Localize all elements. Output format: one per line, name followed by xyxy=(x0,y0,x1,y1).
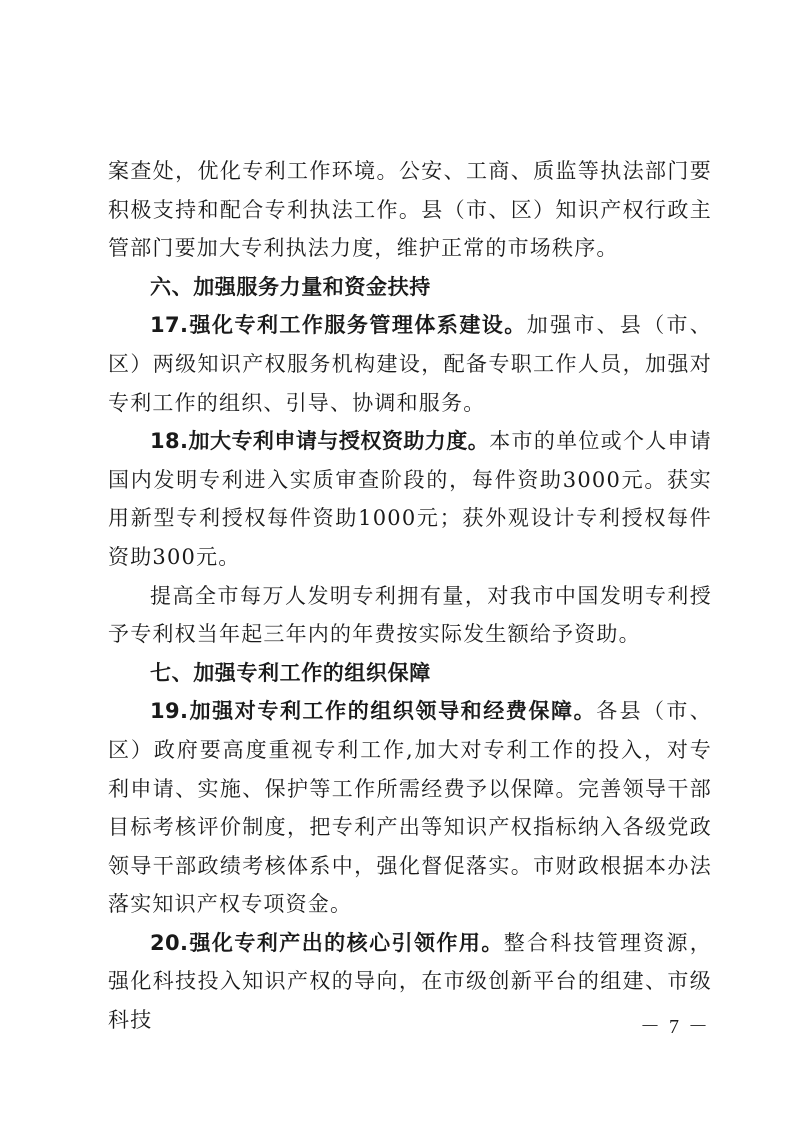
item-19-paragraph: 19.加强对专利工作的组织领导和经费保障。各县（市、区）政府要高度重视专利工作,… xyxy=(108,692,712,924)
item-20-paragraph: 20.强化专利产出的核心引领作用。整合科技管理资源， 强化科技投入知识产权的导向… xyxy=(108,924,712,1040)
item-19-lead: 19.加强对专利工作的组织领导和经费保障。 xyxy=(150,699,596,723)
section-heading-6: 六、加强服务力量和资金扶持 xyxy=(108,268,712,307)
item-18-lead: 18.加大专利申请与授权资助力度。 xyxy=(150,429,489,453)
document-page: 案查处，优化专利工作环境。公安、工商、质监等执法部门要积极支持和配合专利执法工作… xyxy=(108,152,712,1040)
continuation-paragraph: 案查处，优化专利工作环境。公安、工商、质监等执法部门要积极支持和配合专利执法工作… xyxy=(108,152,712,268)
item-19-body: 各县（市、区）政府要高度重视专利工作,加大对专利工作的投入，对专利申请、实施、保… xyxy=(108,699,712,916)
item-17-lead: 17.强化专利工作服务管理体系建设。 xyxy=(150,313,527,337)
section-heading-7: 七、加强专利工作的组织保障 xyxy=(108,654,712,693)
annual-fee-body: 提高全市每万人发明专利拥有量，对我市中国发明专利授予专利权当年起三年内的年费按实… xyxy=(108,584,712,647)
item-20-lead: 20.强化专利产出的核心引领作用。 xyxy=(150,931,504,955)
item-18-paragraph: 18.加大专利申请与授权资助力度。本市的单位或个人申请国内发明专利进入实质审查阶… xyxy=(108,422,712,576)
item-17-paragraph: 17.强化专利工作服务管理体系建设。加强市、县（市、区）两级知识产权服务机构建设… xyxy=(108,306,712,422)
page-number: － 7 － xyxy=(630,1010,710,1039)
annual-fee-paragraph: 提高全市每万人发明专利拥有量，对我市中国发明专利授予专利权当年起三年内的年费按实… xyxy=(108,577,712,654)
